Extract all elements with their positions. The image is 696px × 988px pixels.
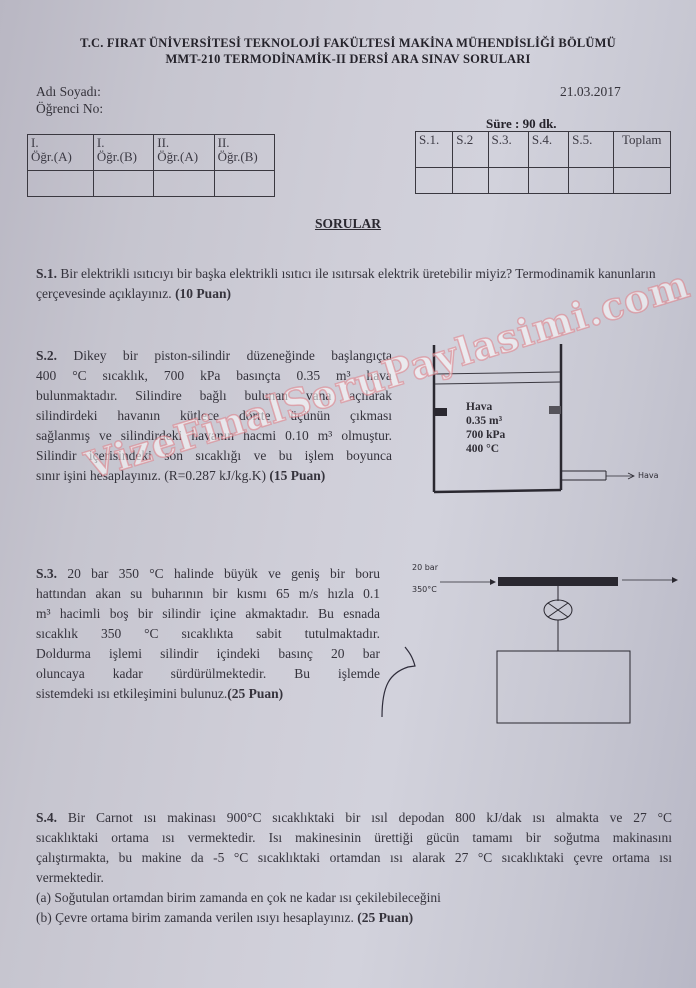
question-points: (10 Puan) [175, 286, 231, 301]
pipeline-temperature-label: 350°C [412, 585, 437, 594]
outlet-label: Hava [638, 471, 659, 480]
score-header-s3: S.3. [488, 132, 528, 168]
score-header-s4: S.4. [528, 132, 568, 168]
grader-header-1: I.Öğr.(A) [28, 135, 94, 171]
question-4: S.4. Bir Carnot ısı makinası 900°C sıcak… [36, 808, 672, 928]
name-label: Adı Soyadı: [36, 84, 101, 100]
score-cell[interactable] [569, 168, 613, 194]
question-4-part-a: (a) Soğutulan ortamdan birim zamanda en … [36, 888, 672, 908]
question-number: S.1. [36, 266, 57, 281]
temperature-label: 400 °C [466, 442, 505, 456]
question-4-part-b: (b) Çevre ortama birim zamanda verilen ı… [36, 908, 672, 928]
grader-cell[interactable] [214, 171, 274, 197]
exam-date: 21.03.2017 [560, 84, 621, 100]
question-number: S.4. [36, 810, 57, 825]
student-number-label: Öğrenci No: [36, 101, 103, 117]
pipeline-tank-diagram: 20 bar 350°C [380, 555, 690, 730]
piston-cylinder-diagram: Hava 0.35 m³ 700 kPa 400 °C Hava [430, 340, 670, 500]
cylinder-contents: Hava 0.35 m³ 700 kPa 400 °C [466, 400, 505, 456]
score-header-s2: S.2 [453, 132, 488, 168]
question-number: S.2. [36, 348, 57, 363]
score-cell[interactable] [488, 168, 528, 194]
pressure-label: 700 kPa [466, 428, 505, 442]
volume-label: 0.35 m³ [466, 414, 505, 428]
score-header-s1: S.1. [416, 132, 453, 168]
grader-cell[interactable] [93, 171, 153, 197]
exam-title: MMT-210 TERMODİNAMİK-II DERSİ ARA SINAV … [0, 52, 696, 67]
question-points: (15 Puan) [269, 468, 325, 483]
section-title: SORULAR [0, 216, 696, 232]
score-cell[interactable] [528, 168, 568, 194]
score-header-s5: S.5. [569, 132, 613, 168]
grader-cell[interactable] [154, 171, 214, 197]
duration-label: Süre : 90 dk. [486, 116, 557, 132]
question-2: S.2. Dikey bir piston-silindir düzeneğin… [36, 346, 392, 486]
pipeline-pressure-label: 20 bar [412, 563, 438, 572]
question-1: S.1. Bir elektrikli ısıtıcıyı bir başka … [36, 264, 672, 304]
question-3: S.3. 20 bar 350 °C halinde büyük ve geni… [36, 564, 380, 704]
score-cell[interactable] [416, 168, 453, 194]
score-cell[interactable] [613, 168, 670, 194]
question-points: (25 Puan) [227, 686, 283, 701]
pipeline-drawing [380, 555, 690, 730]
question-number: S.3. [36, 566, 57, 581]
question-points: (25 Puan) [357, 910, 413, 925]
score-table: S.1. S.2 S.3. S.4. S.5. Toplam [415, 131, 671, 194]
university-header: T.C. FIRAT ÜNİVERSİTESİ TEKNOLOJİ FAKÜLT… [0, 36, 696, 51]
gas-label: Hava [466, 400, 505, 414]
grader-header-2: I.Öğr.(B) [93, 135, 153, 171]
grader-cell[interactable] [28, 171, 94, 197]
score-cell[interactable] [453, 168, 488, 194]
grader-header-3: II.Öğr.(A) [154, 135, 214, 171]
grader-table: I.Öğr.(A) I.Öğr.(B) II.Öğr.(A) II.Öğr.(B… [27, 134, 275, 197]
question-text: Bir elektrikli ısıtıcıyı bir başka elekt… [36, 266, 656, 301]
grader-header-4: II.Öğr.(B) [214, 135, 274, 171]
score-header-total: Toplam [613, 132, 670, 168]
